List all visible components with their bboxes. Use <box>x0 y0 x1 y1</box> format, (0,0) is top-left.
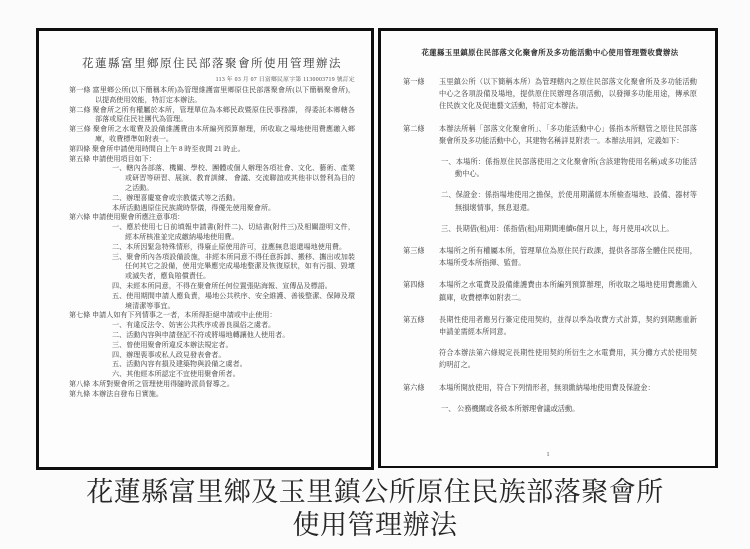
article-body: 本場所開放使用，符合下列情形者，無須繳納場地使用費及保證金：一、 公務機關或各級… <box>439 382 697 424</box>
left-page-line: 第八條 本所對聚會所之管理使用得隨時派員督導之。 <box>69 380 355 390</box>
article-body: 本場所之水電費及設備維護費由本所編列預算辦理，所收取之場地使用費應繳入鎮庫，收費… <box>439 279 697 312</box>
article-row: 第一條玉里鎮公所（以下簡稱本所）為管理轄內之原住民部落文化聚會所及多功能活動中心… <box>403 76 697 122</box>
article-paragraph: 玉里鎮公所（以下簡稱本所）為管理轄內之原住民部落文化聚會所及多功能活動中心之各項… <box>439 76 697 113</box>
left-page-line: 五、活動內容有損及建築物與設備之虞者。 <box>69 360 355 370</box>
left-page-body: 第一條 富里鄉公所(以下簡稱本所)為管理維護富里鄉原住民部落聚會所(以下簡稱聚會… <box>69 86 355 400</box>
left-page-line: 五、使用期間申請人應負責，場地公共秩序、安全維護、善後整潔、保障及環境清潔等事宜… <box>69 292 355 312</box>
left-page-line: 第六條 申請使用聚會所應注意事項： <box>69 213 355 223</box>
article-row: 第四條本場所之水電費及設備維護費由本所編列預算辦理，所收取之場地使用費應繳入鎮庫… <box>403 279 697 312</box>
article-number: 第四條 <box>403 279 439 312</box>
left-page-line: 四、辦理喪事或私人政見發表會者。 <box>69 351 355 361</box>
left-page-dateline: 113 年 03 月 07 日富鄉民原字第 1130003719 號訂定 <box>69 74 355 83</box>
left-page-line: 二、本所因緊急特殊情形，得廢止原使用許可，並應無息退還場地使用費。 <box>69 243 355 253</box>
article-number: 第三條 <box>403 245 439 278</box>
left-page-line: 三、曾使用聚會所違反本辦法規定者。 <box>69 341 355 351</box>
right-page-articles: 第一條玉里鎮公所（以下簡稱本所）為管理轄內之原住民部落文化聚會所及多功能活動中心… <box>403 76 697 424</box>
article-number: 第六條 <box>403 382 439 424</box>
left-page-line: 三、聚會所內各項設備設施，非經本所同意不得任意拆卸、搬移、攜出或加裝任何其它之設… <box>69 253 355 282</box>
article-paragraph: 本辦法所稱「部落文化聚會所」、「多功能活動中心」係指本所轄管之原住民部落聚會所及… <box>439 123 697 147</box>
article-row: 第三條本場所之所有權屬本所，管理單位為原住民行政課，提供各部落全體住民使用，本場… <box>403 245 697 278</box>
left-page-content: 花蓮縣富里鄉原住民部落聚會所使用管理辦法 113 年 03 月 07 日富鄉民原… <box>39 31 371 400</box>
article-paragraph: 長期性使用者應另行簽定使用契約，並得以季為收費方式計算，契約到期應重新申請並需經… <box>439 314 697 338</box>
article-body: 長期性使用者應另行簽定使用契約，並得以季為收費方式計算，契約到期應重新申請並需經… <box>439 314 697 381</box>
left-page-line: 第一條 富里鄉公所(以下簡稱本所)為管理維護富里鄉原住民部落聚會所(以下簡稱聚會… <box>69 86 355 106</box>
article-paragraph: 本場所之水電費及設備維護費由本所編列預算辦理，所收取之場地使用費應繳入鎮庫，收費… <box>439 279 697 303</box>
left-page-line: 二、活動內容與申請登記不符或將場地轉讓他人使用者。 <box>69 331 355 341</box>
left-page-title: 花蓮縣富里鄉原住民部落聚會所使用管理辦法 <box>69 55 355 71</box>
article-paragraph: 一、本場所：係指原住民部落使用之文化聚會所(含該建物使用名稱)或多功能活動中心。 <box>439 156 697 180</box>
article-paragraph: 二、保證金：係指場地使用之擔保，於使用期滿經本所檢查場地、設備、器材等無損壞情事… <box>439 189 697 213</box>
left-page-line: 一、有違反法令、妨害公共秩序或善良風俗之虞者。 <box>69 321 355 331</box>
left-page-line: 一、應於使用七日前填報申請書(附件二)、切結書(附件三)及相關證明文件，經本所核… <box>69 223 355 243</box>
left-page-line: 第九條 本辦法自發布日實施。 <box>69 390 355 400</box>
left-page-line: 第五條 申請使用項目如下： <box>69 155 355 165</box>
left-page-line: 六、其他經本所認定不宜使用聚會所者。 <box>69 370 355 380</box>
left-page-line: 第二條 聚會所之所有權屬於本所，管理單位為本鄉民政暨原住民事務課， 得委託本鄉轄… <box>69 106 355 126</box>
article-number: 第二條 <box>403 123 439 244</box>
article-body: 玉里鎮公所（以下簡稱本所）為管理轄內之原住民部落文化聚會所及多功能活動中心之各項… <box>439 76 697 122</box>
right-page-content: 花蓮縣玉里鎮原住民部落文化聚會所及多功能活動中心使用管理暨收費辦法 第一條玉里鎮… <box>381 31 715 424</box>
left-document-page: 花蓮縣富里鄉原住民部落聚會所使用管理辦法 113 年 03 月 07 日富鄉民原… <box>36 28 374 470</box>
article-paragraph: 一、 公務機關或各級本所辦理會議或活動。 <box>439 403 697 415</box>
caption-line-2: 使用管理辦法 <box>0 509 750 542</box>
left-page-line: 本所活動遇原住民族歲時祭儀，得優先使用聚會所。 <box>69 204 355 214</box>
article-row: 第六條本場所開放使用，符合下列情形者，無須繳納場地使用費及保證金：一、 公務機關… <box>403 382 697 424</box>
left-page-line: 第三條 聚會所之水電費及設備維護費由本所編列預算辦理，所收取之場地使用費應繳入鄉… <box>69 125 355 145</box>
article-paragraph: 本場所開放使用，符合下列情形者，無須繳納場地使用費及保證金： <box>439 382 697 394</box>
right-page-title: 花蓮縣玉里鎮原住民部落文化聚會所及多功能活動中心使用管理暨收費辦法 <box>403 47 697 58</box>
article-row: 第五條長期性使用者應另行簽定使用契約，並得以季為收費方式計算，契約到期應重新申請… <box>403 314 697 381</box>
caption: 花蓮縣富里鄉及玉里鎮公所原住民族部落聚會所 使用管理辦法 <box>0 476 750 542</box>
right-document-page: 花蓮縣玉里鎮原住民部落文化聚會所及多功能活動中心使用管理暨收費辦法 第一條玉里鎮… <box>378 28 718 468</box>
left-page-line: 四、未經本所同意，不得在聚會所任何位置張貼海報、宣傳品及標語。 <box>69 282 355 292</box>
article-paragraph: 符合本辦法第六條規定長期性使用契約所衍生之水電費用，其分攤方式於使用契約明訂之。 <box>439 347 697 371</box>
article-row: 第二條本辦法所稱「部落文化聚會所」、「多功能活動中心」係指本所轄管之原住民部落聚… <box>403 123 697 244</box>
page-number: 1 <box>381 451 715 458</box>
left-page-line: 二、辦理喜慶宴會或宗教儀式等之活動。 <box>69 194 355 204</box>
article-number: 第五條 <box>403 314 439 381</box>
article-body: 本辦法所稱「部落文化聚會所」、「多功能活動中心」係指本所轄管之原住民部落聚會所及… <box>439 123 697 244</box>
article-body: 本場所之所有權屬本所，管理單位為原住民行政課，提供各部落全體住民使用，本場所受本… <box>439 245 697 278</box>
left-page-line: 第七條 申請人如有下列情事之一者，本所得拒絕申請或中止使用： <box>69 311 355 321</box>
left-page-line: 第四條 聚會所申請使用時間自上午 8 時至夜間 21 時止。 <box>69 145 355 155</box>
article-number: 第一條 <box>403 76 439 122</box>
article-paragraph: 三、長期借(租)用：係指借(租)用期間連續6個月以上，每月使用4次以上。 <box>439 223 697 235</box>
caption-line-1: 花蓮縣富里鄉及玉里鎮公所原住民族部落聚會所 <box>0 476 750 509</box>
article-paragraph: 本場所之所有權屬本所，管理單位為原住民行政課，提供各部落全體住民使用，本場所受本… <box>439 245 697 269</box>
left-page-line: 一、轄內各部落、機關、學校、團體或個人辦理各項社會、文化、藝術、產業或研習等研習… <box>69 164 355 193</box>
